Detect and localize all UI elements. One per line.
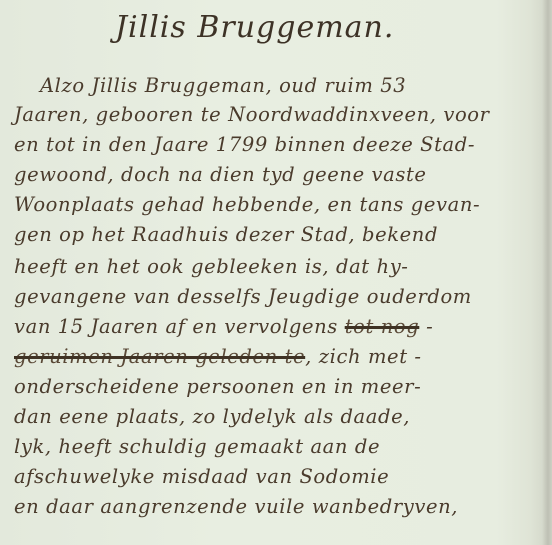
text-line-13: lyk, heeft schuldig gemaakt aan de [14, 435, 380, 458]
text-line-9: van 15 Jaaren af en vervolgens tot nog - [14, 315, 433, 338]
text-line-12: dan eene plaats, zo lydelyk als daade, [14, 405, 410, 428]
manuscript-page: Jillis Bruggeman. Alzo Jillis Bruggeman,… [0, 0, 552, 545]
text-line-11: onderscheidene persoonen en in meer- [14, 375, 421, 398]
struck-text: geruimen Jaaren geleden te [14, 345, 305, 368]
text-line-14: afschuwelyke misdaad van Sodomie [14, 465, 389, 488]
text-line-5: Woonplaats gehad hebbende, en tans gevan… [14, 193, 480, 216]
text-line-3: en tot in den Jaare 1799 binnen deeze St… [14, 133, 475, 156]
struck-text: tot nog [345, 315, 420, 338]
text-line-7: heeft en het ook gebleeken is, dat hy- [14, 255, 409, 278]
text-line-8: gevangene van desselfs Jeugdige ouderdom [14, 285, 472, 308]
text-line-15: en daar aangrenzende vuile wanbedryven, [14, 495, 458, 518]
page-edge-shadow [542, 0, 552, 545]
text-line-4: gewoond, doch na dien tyd geene vaste [14, 163, 427, 186]
document-title: Jillis Bruggeman. [115, 10, 394, 45]
text-line-2: Jaaren, gebooren te Noordwaddinxveen, vo… [14, 103, 490, 126]
text-line-10: geruimen Jaaren geleden te, zich met - [14, 345, 422, 368]
text-line-6: gen op het Raadhuis dezer Stad, bekend [14, 223, 438, 246]
text-segment: - [419, 315, 433, 338]
text-segment: van 15 Jaaren af en vervolgens [14, 315, 345, 338]
text-segment: , zich met - [305, 345, 421, 368]
text-line-1: Alzo Jillis Bruggeman, oud ruim 53 [40, 74, 406, 97]
